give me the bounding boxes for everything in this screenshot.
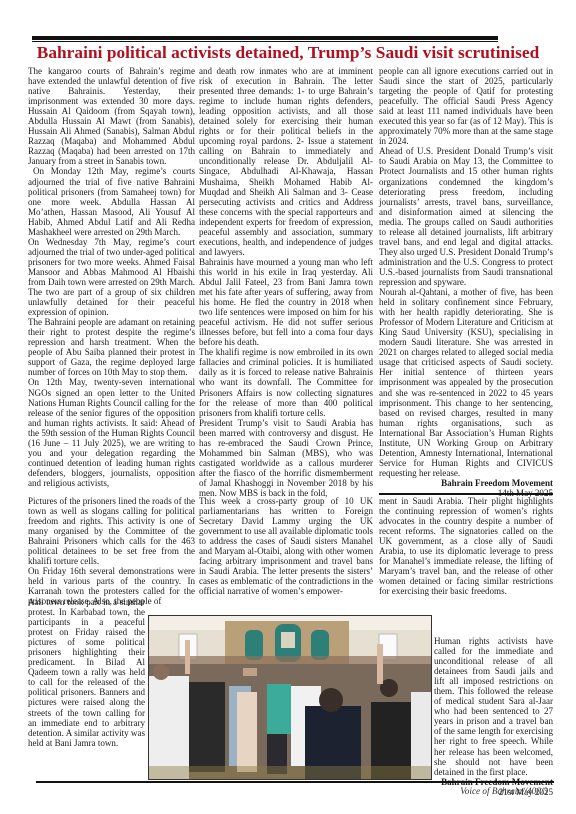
bottom-rule bbox=[36, 781, 554, 783]
headline: Bahraini political activists detained, T… bbox=[0, 43, 576, 63]
top-rule-thin bbox=[32, 41, 498, 42]
paragraph: Bahrainis have mourned a young man who l… bbox=[199, 257, 373, 347]
article2-column-3-wrap: Human rights activists have called for t… bbox=[434, 636, 553, 797]
paragraph: On 12th May, twenty-seven international … bbox=[28, 377, 195, 488]
article2-column-1: Pictures of the prisoners lined the road… bbox=[28, 496, 195, 607]
paragraph: Human rights activists have called for t… bbox=[434, 636, 553, 777]
paragraph: On Wednesday 7th May, regime’s court adj… bbox=[28, 237, 195, 317]
paragraph: Aali town took part in a similar protest… bbox=[28, 597, 145, 748]
protest-photo-image bbox=[149, 616, 431, 779]
article1-column-2: and death row inmates who are at imminen… bbox=[199, 66, 373, 498]
paragraph: Ahead of U.S. President Donald Trump’s v… bbox=[379, 146, 553, 287]
page-footer: Voice of Bahrain//400/3 bbox=[460, 786, 548, 796]
paragraph: ment in Saudi Arabia. Their plight highl… bbox=[379, 496, 553, 596]
article1-column-3: people can all ignore executions carried… bbox=[379, 66, 553, 498]
paragraph: Pictures of the prisoners lined the road… bbox=[28, 496, 195, 566]
paragraph: The khalifi regime is now embroiled in i… bbox=[199, 347, 373, 417]
section-divider bbox=[379, 493, 553, 495]
paragraph: Nourah al-Qahtani, a mother of five, has… bbox=[379, 287, 553, 478]
paragraph: The kangaroo courts of Bahrain’s regime … bbox=[28, 66, 195, 166]
paragraph: This week a cross-party group of 10 UK p… bbox=[199, 496, 373, 596]
top-rule bbox=[32, 36, 498, 40]
article2-column-3: ment in Saudi Arabia. Their plight highl… bbox=[379, 496, 553, 596]
article1-signature: Bahrain Freedom Movement bbox=[379, 478, 553, 488]
article2-column-2: This week a cross-party group of 10 UK p… bbox=[199, 496, 373, 596]
paragraph: President Trump’s visit to Saudi Arabia … bbox=[199, 418, 373, 498]
article2-column-1-wrap: Aali town took part in a similar protest… bbox=[28, 597, 145, 748]
paragraph: The Bahraini people are adamant on retai… bbox=[28, 317, 195, 377]
paragraph: and death row inmates who are at imminen… bbox=[199, 66, 373, 257]
article1-column-1: The kangaroo courts of Bahrain’s regime … bbox=[28, 66, 195, 488]
paragraph: people can all ignore executions carried… bbox=[379, 66, 553, 146]
paragraph: On Monday 12th May, regime’s courts adjo… bbox=[28, 166, 195, 236]
protest-photo bbox=[148, 615, 432, 780]
